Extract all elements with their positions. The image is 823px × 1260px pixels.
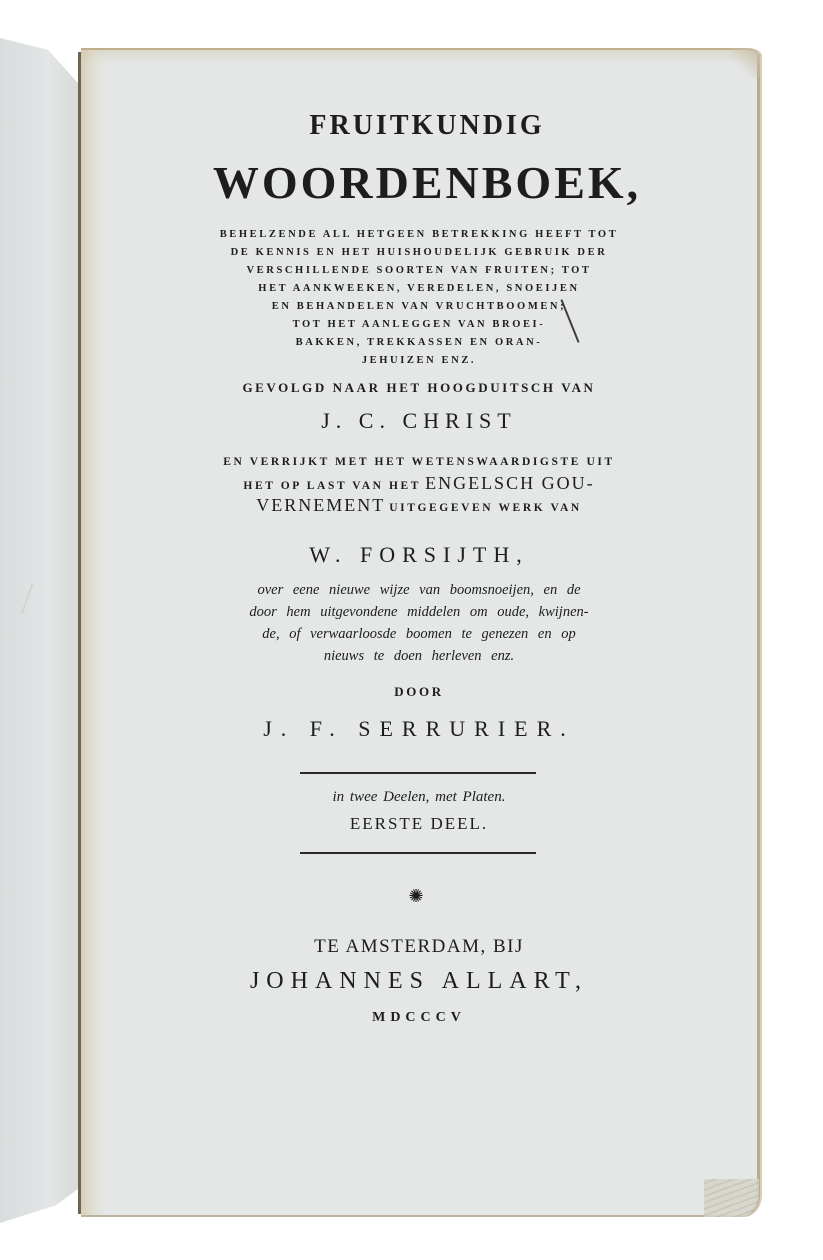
left-facing-page (0, 38, 80, 1223)
subtitle-line: HET AANKWEEKEN, VEREDELEN, SNOEIJEN (81, 283, 757, 294)
publisher: JOHANNES ALLART, (81, 968, 757, 995)
italic-line: nieuws te doen herleven enz. (81, 648, 757, 665)
second-author: W. FORSIJTH, (81, 542, 757, 568)
subtitle-line: TOT HET AANLEGGEN VAN BROEI- (81, 319, 757, 330)
subtitle-line: DE KENNIS EN HET HUISHOUDELIJK GEBRUIK D… (81, 247, 757, 258)
by-label: DOOR (81, 684, 757, 700)
top-rule (300, 772, 536, 774)
enriched-line-2-big: ENGELSCH GOU- (425, 473, 595, 493)
italic-line: door hem uitgevondene middelen om oude, … (81, 604, 757, 621)
enriched-line-1: EN VERRIJKT MET HET WETENSWAARDIGSTE UIT (81, 456, 757, 468)
imprint-place: TE AMSTERDAM, BIJ (81, 936, 757, 958)
enriched-line-2-small: HET OP LAST VAN HET (243, 480, 421, 492)
subtitle-line: EN BEHANDELEN VAN VRUCHTBOOMEN; (81, 301, 757, 312)
enriched-line-3-small: UITGEGEVEN WERK VAN (389, 502, 582, 514)
translator: J. F. SERRURIER. (81, 716, 757, 742)
subtitle-line: VERSCHILLENDE SOORTEN VAN FRUITEN; TOT (81, 265, 757, 276)
subtitle-line: BEHELZENDE ALL HETGEEN BETREKKING HEEFT … (81, 229, 757, 240)
printer-ornament-icon: ✺ (406, 886, 426, 906)
volumes-note: in twee Deelen, met Platen. (81, 789, 757, 806)
subtitle-line: JEHUIZEN ENZ. (81, 355, 757, 366)
worn-top-corner (730, 48, 760, 78)
followed-by-line: GEVOLGD NAAR HET HOOGDUITSCH VAN (81, 380, 757, 396)
volume-label: EERSTE DEEL. (81, 814, 757, 834)
folded-bottom-corner (704, 1179, 759, 1217)
bottom-rule (300, 852, 536, 854)
title-line-1: FRUITKUNDIG (81, 110, 765, 142)
original-author: J. C. CHRIST (81, 408, 757, 434)
enriched-line-3-big: VERNEMENT (256, 495, 385, 515)
italic-line: de, of verwaarloosde boomen te genezen e… (81, 626, 757, 643)
publication-year: MDCCCV (81, 1010, 757, 1026)
italic-line: over eene nieuwe wijze van boomsnoeijen,… (81, 582, 757, 599)
enriched-line-2: HET OP LAST VAN HET ENGELSCH GOU- (81, 473, 757, 494)
subtitle-line: BAKKEN, TREKKASSEN EN ORAN- (81, 337, 757, 348)
faint-mark (0, 584, 33, 614)
enriched-line-3: VERNEMENT UITGEGEVEN WERK VAN (81, 495, 757, 516)
title-line-2: WOORDENBOEK, (81, 156, 765, 209)
